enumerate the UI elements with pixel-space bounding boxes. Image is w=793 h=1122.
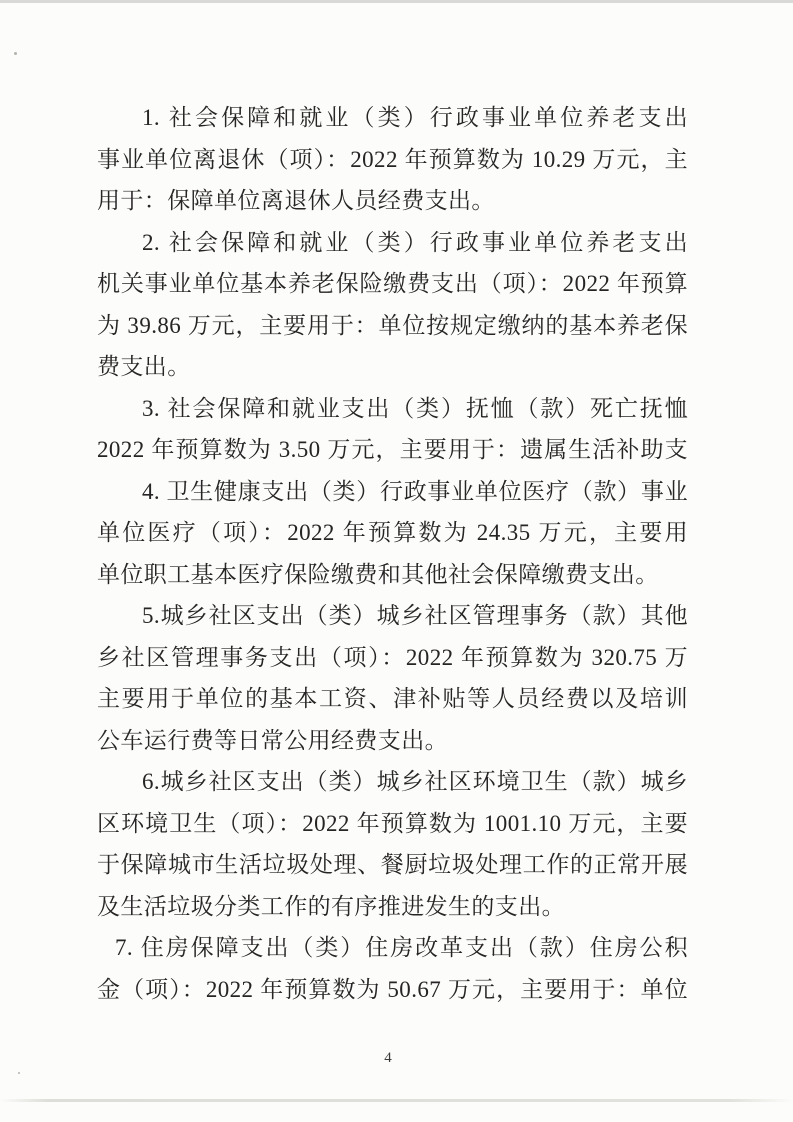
document-line: 用于：保障单位离退休人员经费支出。	[97, 180, 688, 222]
document-line: 主要用于单位的基本工资、津补贴等人员经费以及培训费、	[97, 678, 688, 720]
document-line: 为 39.86 万元，主要用于：单位按规定缴纳的基本养老保险	[97, 305, 688, 347]
document-line: 3. 社会保障和就业支出（类）抚恤（款）死亡抚恤（项）:	[97, 388, 688, 430]
document-line: 于保障城市生活垃圾处理、餐厨垃圾处理工作的正常开展以	[97, 844, 688, 886]
document-line: 区环境卫生（项）：2022 年预算数为 1001.10 万元，主要用	[97, 803, 688, 845]
document-line: 单位职工基本医疗保险缴费和其他社会保障缴费支出。	[97, 554, 688, 596]
document-line: 2. 社会保障和就业（类）行政事业单位养老支出（款）	[97, 222, 688, 264]
document-body: 1. 社会保障和就业（类）行政事业单位养老支出（款）事业单位离退休（项）：202…	[97, 97, 688, 1010]
document-line: 及生活垃圾分类工作的有序推进发生的支出。	[97, 886, 688, 928]
scan-speck	[18, 1072, 20, 1074]
document-line: 6.城乡社区支出（类）城乡社区环境卫生（款）城乡社	[97, 761, 688, 803]
scan-artifact-line	[0, 1099, 793, 1102]
document-line: 单位医疗（项）：2022 年预算数为 24.35 万元，主要用于：	[97, 512, 688, 554]
document-line: 金（项）：2022 年预算数为 50.67 万元，主要用于：单位按	[97, 969, 688, 1011]
document-line: 1. 社会保障和就业（类）行政事业单位养老支出（款）	[97, 97, 688, 139]
document-page: 1. 社会保障和就业（类）行政事业单位养老支出（款）事业单位离退休（项）：202…	[0, 0, 793, 1122]
document-line: 事业单位离退休（项）：2022 年预算数为 10.29 万元，主要	[97, 139, 688, 181]
document-line: 2022 年预算数为 3.50 万元，主要用于：遗属生活补助支出。	[97, 429, 688, 471]
document-line: 机关事业单位基本养老保险缴费支出（项）：2022 年预算数	[97, 263, 688, 305]
document-line: 公车运行费等日常公用经费支出。	[97, 720, 688, 762]
document-line: 4. 卫生健康支出（类）行政事业单位医疗（款）事业	[97, 471, 688, 513]
document-line: 乡社区管理事务支出（项）：2022 年预算数为 320.75 万元，	[97, 637, 688, 679]
scan-speck	[14, 52, 17, 55]
page-number: 4	[97, 1050, 679, 1067]
document-line: 7. 住房保障支出（类）住房改革支出（款）住房公积	[97, 927, 688, 969]
document-line: 费支出。	[97, 346, 688, 388]
document-line: 5.城乡社区支出（类）城乡社区管理事务（款）其他城	[97, 595, 688, 637]
